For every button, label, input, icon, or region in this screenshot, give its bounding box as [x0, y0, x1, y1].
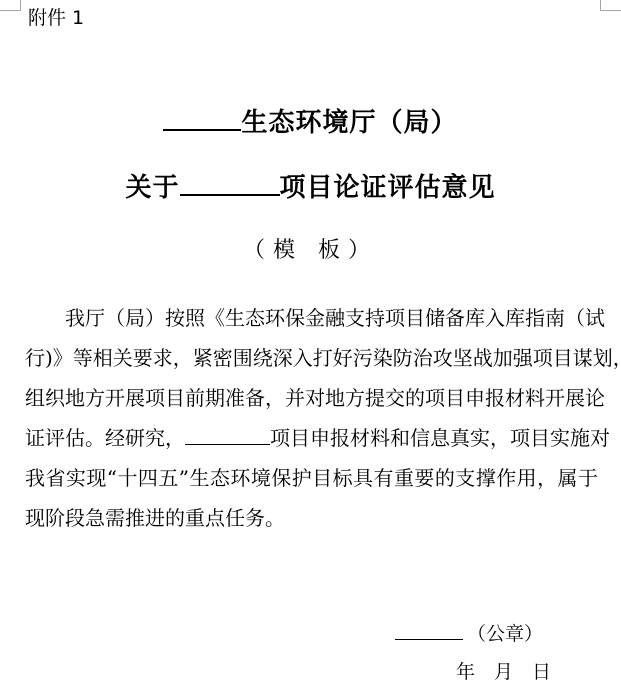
page-corner-mark-right	[600, 0, 621, 11]
body-line-4-after: 项目申报材料和信息真实，项目实施对	[270, 426, 610, 450]
body-line: 我省实现“十四五”生态环境保护目标具有重要的支撑作用，属于	[25, 458, 598, 498]
body-paragraph: 我厅（局）按照《生态环保金融支持项目储备库入库指南（试 行)》等相关要求，紧密围…	[25, 298, 598, 538]
date-line: 年 月 日	[0, 658, 621, 686]
title-line-2-prefix: 关于	[125, 173, 179, 203]
subtitle: （模 板）	[0, 233, 621, 264]
body-line: 组织地方开展项目前期准备，并对地方提交的项目申报材料开展论	[25, 378, 598, 418]
body-line: 行)》等相关要求，紧密围绕深入打好污染防治攻坚战加强项目谋划，	[25, 338, 598, 378]
blank-underline	[180, 168, 280, 196]
page-corner-mark-left	[0, 0, 21, 11]
document-page: { "attachment_label": "附件 1", "title": {…	[0, 0, 621, 691]
body-line: 证评估。经研究，项目申报材料和信息真实，项目实施对	[25, 418, 598, 458]
body-line-4-before: 证评估。经研究，	[25, 426, 185, 450]
title-line-1: 生态环境厅（局）	[0, 102, 621, 139]
title-line-2-text: 项目论证评估意见	[280, 173, 496, 203]
seal-line: （公章）	[0, 620, 621, 648]
seal-label: （公章）	[467, 623, 543, 645]
title-line-2: 关于项目论证评估意见	[0, 167, 621, 204]
body-line: 我厅（局）按照《生态环保金融支持项目储备库入库指南（试	[25, 298, 598, 338]
title-line-1-text: 生态环境厅（局）	[241, 108, 457, 138]
body-line: 现阶段急需推进的重点任务。	[25, 498, 598, 538]
blank-underline	[163, 103, 241, 131]
blank-underline	[185, 424, 270, 445]
blank-underline	[395, 620, 463, 640]
attachment-label: 附件 1	[28, 6, 84, 30]
